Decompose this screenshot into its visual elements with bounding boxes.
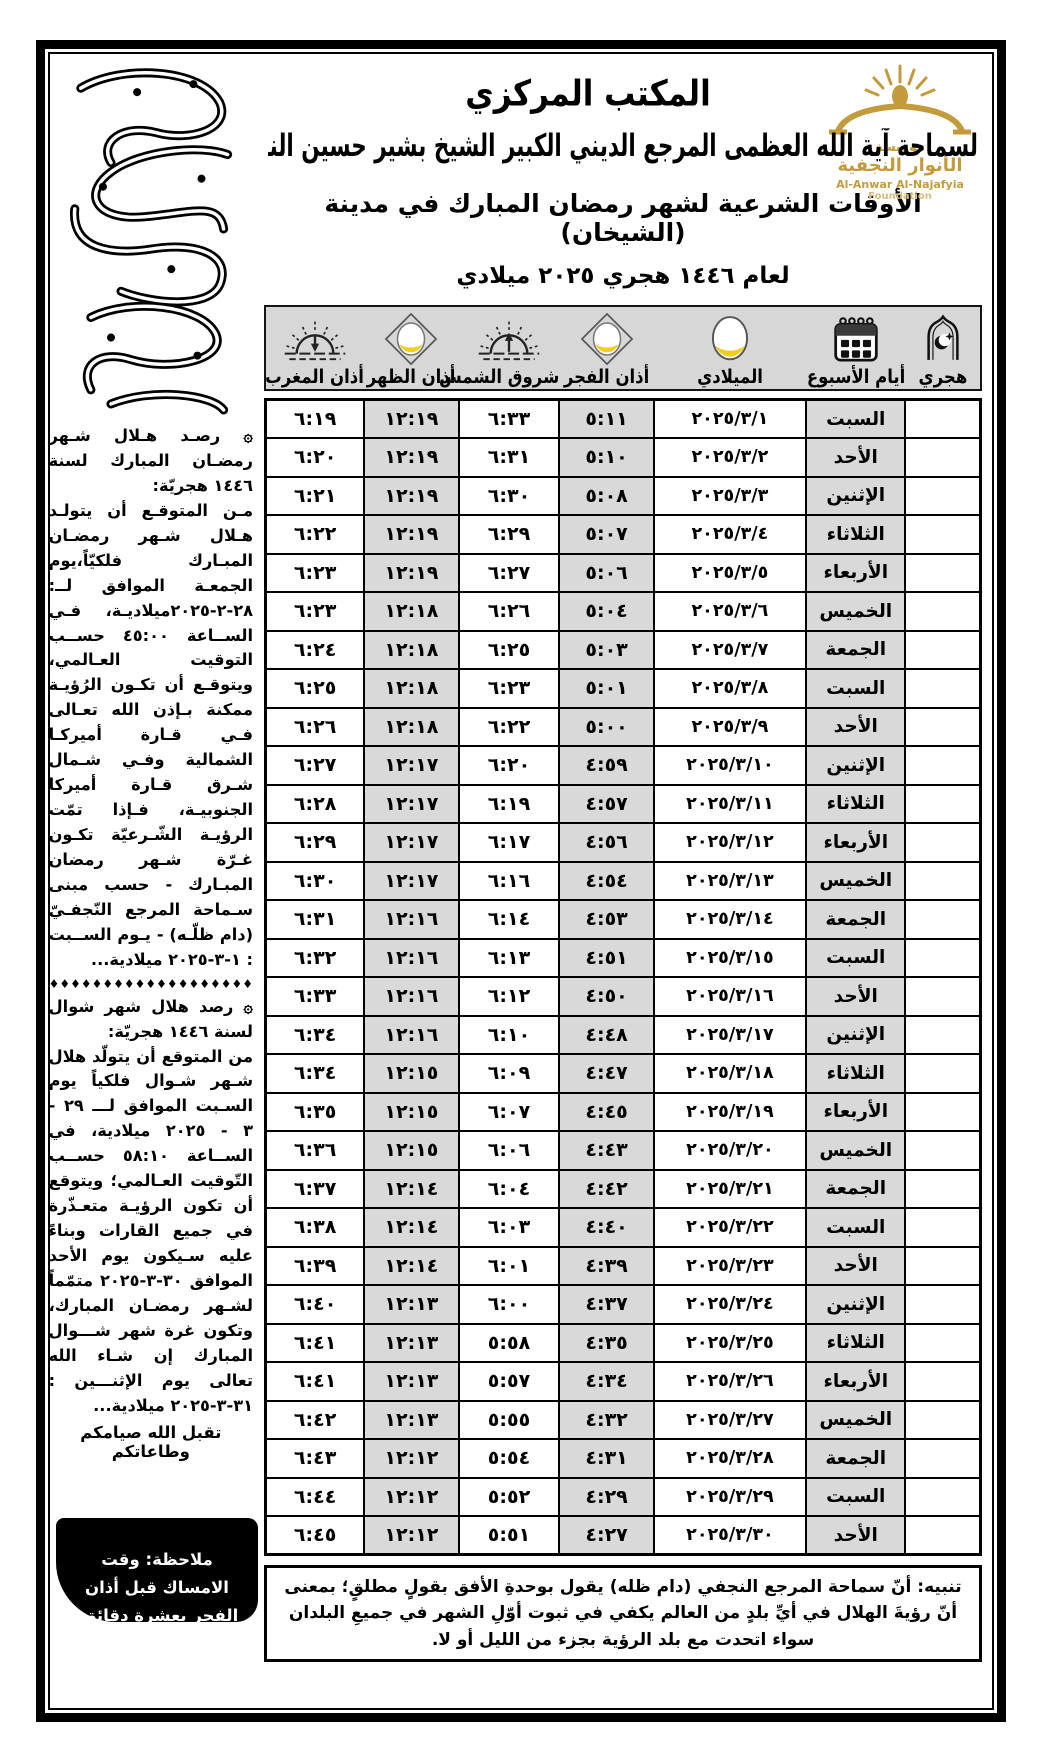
cell-dhuhr: ١٢:١٢ [364,1516,458,1555]
cell-maghrib: ٦:٣٨ [266,1208,365,1247]
cell-sunrise: ٦:٢٦ [459,592,560,631]
cell-weekday: الثلاثاء [806,1054,905,1093]
cell-maghrib: ٦:٤٠ [266,1285,365,1324]
marja-calligraphy-line: لسماحة آية الله العظمى المرجع الديني الك… [268,128,978,164]
cell-gregorian: ٢٠٢٥/٣/١٨ [654,1054,806,1093]
cell-maghrib: ٦:٤١ [266,1362,365,1401]
cell-gregorian: ٢٠٢٥/٣/١٦ [654,977,806,1016]
cell-sunrise: ٦:٢٣ [459,669,560,708]
cell-hijri [905,554,980,593]
cell-weekday: الإثنين [806,477,905,516]
cell-maghrib: ٦:٤٤ [266,1478,365,1517]
cell-fajr: ٤:٣٥ [559,1324,653,1363]
cell-sunrise: ٦:١٣ [459,939,560,978]
cell-dhuhr: ١٢:١٥ [364,1131,458,1170]
cell-dhuhr: ١٢:١٦ [364,977,458,1016]
cell-maghrib: ٦:٣٦ [266,1131,365,1170]
cell-hijri [905,1478,980,1517]
cell-sunrise: ٦:١٦ [459,862,560,901]
cell-weekday: الجمعة [806,631,905,670]
mihrab-crescent-icon [906,311,980,367]
cell-weekday: الأربعاء [806,1093,905,1132]
cell-sunrise: ٦:٠٤ [459,1170,560,1209]
cell-hijri [905,785,980,824]
cell-dhuhr: ١٢:١٨ [364,592,458,631]
cell-maghrib: ٦:٣٥ [266,1093,365,1132]
cell-fajr: ٤:٤٥ [559,1093,653,1132]
cell-maghrib: ٦:٤١ [266,1324,365,1363]
cell-dhuhr: ١٢:١٧ [364,785,458,824]
cell-hijri [905,939,980,978]
cell-dhuhr: ١٢:١٥ [364,1054,458,1093]
sunrise-icon [458,311,559,367]
cell-sunrise: ٦:١٩ [459,785,560,824]
cell-dhuhr: ١٢:١٦ [364,939,458,978]
col-header-fajr: أذان الفجر [559,306,654,390]
cell-maghrib: ٦:٣١ [266,900,365,939]
table-row: الثلاثاء٢٠٢٥/٣/١١٤:٥٧٦:١٩١٢:١٧٦:٢٨ [266,785,981,824]
table-row: الخميس٢٠٢٥/٣/٦٥:٠٤٦:٢٦١٢:١٨٦:٢٣ [266,592,981,631]
cell-hijri [905,1208,980,1247]
cell-dhuhr: ١٢:١٨ [364,669,458,708]
cell-fajr: ٤:٢٩ [559,1478,653,1517]
col-header-hijri: هجري [906,306,981,390]
cell-maghrib: ٦:٢٧ [266,746,365,785]
cell-weekday: الجمعة [806,900,905,939]
cell-maghrib: ٦:٢١ [266,477,365,516]
cell-fajr: ٤:٢٧ [559,1516,653,1555]
cell-sunrise: ٦:٢٥ [459,631,560,670]
cell-fajr: ٤:٣٤ [559,1362,653,1401]
cell-sunrise: ٦:٠٣ [459,1208,560,1247]
cell-sunrise: ٦:٠٠ [459,1285,560,1324]
table-row: الأربعاء٢٠٢٥/٣/١٢٤:٥٦٦:١٧١٢:١٧٦:٢٩ [266,823,981,862]
table-row: الخميس٢٠٢٥/٣/٢٧٤:٣٢٥:٥٥١٢:١٣٦:٤٢ [266,1401,981,1440]
cell-maghrib: ٦:٢٣ [266,592,365,631]
cell-dhuhr: ١٢:١٣ [364,1324,458,1363]
cell-fajr: ٥:٠٣ [559,631,653,670]
cell-dhuhr: ١٢:١٤ [364,1170,458,1209]
cell-dhuhr: ١٢:١٣ [364,1362,458,1401]
cell-sunrise: ٥:٥٢ [459,1478,560,1517]
paragraph-title: رصد هلال شهر شوال لسنة ١٤٤٦ هجريّة: [49,997,253,1041]
cell-sunrise: ٥:٥٧ [459,1362,560,1401]
cell-hijri [905,1324,980,1363]
cell-hijri [905,900,980,939]
cell-hijri [905,1439,980,1478]
cell-weekday: الأربعاء [806,1362,905,1401]
cell-dhuhr: ١٢:١٨ [364,708,458,747]
rosette-bullet-icon: ۞ [244,426,254,445]
cell-hijri [905,1131,980,1170]
cell-maghrib: ٦:٢٢ [266,515,365,554]
cell-maghrib: ٦:٣٢ [266,939,365,978]
col-header-gregorian: الميلادي [654,306,807,390]
logo-org-sub-en: Foundation [814,191,986,202]
cell-gregorian: ٢٠٢٥/٣/١٠ [654,746,806,785]
cell-weekday: الثلاثاء [806,515,905,554]
imsak-note: ملاحظة: وقت الامساك قبل أذان الفجر بعشرة… [56,1518,258,1622]
cell-weekday: الإثنين [806,746,905,785]
cell-fajr: ٥:٠٧ [559,515,653,554]
table-row: الخميس٢٠٢٥/٣/٢٠٤:٤٣٦:٠٦١٢:١٥٦:٣٦ [266,1131,981,1170]
table-row: الأحد٢٠٢٥/٣/١٦٤:٥٠٦:١٢١٢:١٦٦:٣٣ [266,977,981,1016]
cell-fajr: ٤:٥٤ [559,862,653,901]
cell-maghrib: ٦:٤٢ [266,1401,365,1440]
cell-sunrise: ٥:٥٤ [459,1439,560,1478]
cell-sunrise: ٦:٣٠ [459,477,560,516]
table-row: الثلاثاء٢٠٢٥/٣/١٨٤:٤٧٦:٠٩١٢:١٥٦:٣٤ [266,1054,981,1093]
cell-weekday: السبت [806,669,905,708]
table-row: الجمعة٢٠٢٥/٣/٢١٤:٤٢٦:٠٤١٢:١٤٦:٣٧ [266,1170,981,1209]
cell-hijri [905,746,980,785]
cell-sunrise: ٦:٣١ [459,438,560,477]
cell-dhuhr: ١٢:١٧ [364,746,458,785]
cell-weekday: السبت [806,939,905,978]
cell-dhuhr: ١٢:١٩ [364,554,458,593]
cell-gregorian: ٢٠٢٥/٣/١٥ [654,939,806,978]
cell-gregorian: ٢٠٢٥/٣/٦ [654,592,806,631]
table-row: السبت٢٠٢٥/٣/١٥:١١٦:٣٣١٢:١٩٦:١٩ [266,400,981,439]
cell-weekday: الجمعة [806,1439,905,1478]
cell-sunrise: ٦:٠١ [459,1247,560,1286]
cell-dhuhr: ١٢:١٨ [364,631,458,670]
table-row: السبت٢٠٢٥/٣/٢٢٤:٤٠٦:٠٣١٢:١٤٦:٣٨ [266,1208,981,1247]
cell-dhuhr: ١٢:١٢ [364,1439,458,1478]
sun-diamond-icon [364,311,459,367]
cell-fajr: ٤:٤٧ [559,1054,653,1093]
cell-maghrib: ٦:٢٣ [266,554,365,593]
cell-gregorian: ٢٠٢٥/٣/١٧ [654,1016,806,1055]
cell-sunrise: ٦:٢٧ [459,554,560,593]
cell-gregorian: ٢٠٢٥/٣/٢٩ [654,1478,806,1517]
quran-calligraphy-art [49,58,253,420]
cell-gregorian: ٢٠٢٥/٣/١١ [654,785,806,824]
cell-weekday: الإثنين [806,1285,905,1324]
cell-maghrib: ٦:٣٤ [266,1054,365,1093]
cell-gregorian: ٢٠٢٥/٣/٨ [654,669,806,708]
cell-fajr: ٤:٣٩ [559,1247,653,1286]
cell-dhuhr: ١٢:١٤ [364,1247,458,1286]
cell-dhuhr: ١٢:١٧ [364,862,458,901]
closing-blessing: تقبل الله صيامكم وطاعاتكم [49,1423,253,1461]
col-header-weekday: أيام الأسبوع [806,306,906,390]
cell-hijri [905,631,980,670]
cell-weekday: الأحد [806,1247,905,1286]
cell-gregorian: ٢٠٢٥/٣/١٣ [654,862,806,901]
cell-maghrib: ٦:٢٦ [266,708,365,747]
paragraph-title: رصـد هـلال شـهر رمضـان المبارك لسنة ١٤٤٦… [49,426,253,495]
cell-fajr: ٤:٥١ [559,939,653,978]
cell-dhuhr: ١٢:١٣ [364,1285,458,1324]
cell-hijri [905,1401,980,1440]
table-row: الأربعاء٢٠٢٥/٣/٢٦٤:٣٤٥:٥٧١٢:١٣٦:٤١ [266,1362,981,1401]
cell-gregorian: ٢٠٢٥/٣/١٢ [654,823,806,862]
cell-gregorian: ٢٠٢٥/٣/٥ [654,554,806,593]
cell-weekday: الجمعة [806,1170,905,1209]
cell-gregorian: ٢٠٢٥/٣/٢٠ [654,1131,806,1170]
footer-note: تنبيه: أنّ سماحة المرجع النجفي (دام ظله)… [264,1565,982,1662]
cell-gregorian: ٢٠٢٥/٣/١٩ [654,1093,806,1132]
cell-dhuhr: ١٢:١٩ [364,400,458,439]
table-row: الثلاثاء٢٠٢٥/٣/٤٥:٠٧٦:٢٩١٢:١٩٦:٢٢ [266,515,981,554]
paragraph-body: من المتوقع أن يتولّد هلال شـهر شـوال فلك… [49,1045,253,1419]
cell-fajr: ٤:٤٠ [559,1208,653,1247]
table-row: الخميس٢٠٢٥/٣/١٣٤:٥٤٦:١٦١٢:١٧٦:٣٠ [266,862,981,901]
table-row: الأحد٢٠٢٥/٣/٢٣٤:٣٩٦:٠١١٢:١٤٦:٣٩ [266,1247,981,1286]
cell-weekday: الخميس [806,862,905,901]
cell-maghrib: ٦:٢٤ [266,631,365,670]
cell-maghrib: ٦:٣٩ [266,1247,365,1286]
table-row: الأربعاء٢٠٢٥/٣/١٩٤:٤٥٦:٠٧١٢:١٥٦:٣٥ [266,1093,981,1132]
cell-gregorian: ٢٠٢٥/٣/٣٠ [654,1516,806,1555]
cell-sunrise: ٦:٠٩ [459,1054,560,1093]
cell-maghrib: ٦:٢٨ [266,785,365,824]
diamond-separator: ♦♦♦♦♦♦♦♦♦♦♦♦♦♦♦♦♦♦♦ [49,977,253,991]
table-row: الأحد٢٠٢٥/٣/٢٥:١٠٦:٣١١٢:١٩٦:٢٠ [266,438,981,477]
cell-fajr: ٤:٥٩ [559,746,653,785]
cell-gregorian: ٢٠٢٥/٣/٢٢ [654,1208,806,1247]
prayer-times-table: السبت٢٠٢٥/٣/١٥:١١٦:٣٣١٢:١٩٦:١٩الأحد٢٠٢٥/… [264,398,982,1556]
cell-maghrib: ٦:١٩ [266,400,365,439]
table-row: الثلاثاء٢٠٢٥/٣/٢٥٤:٣٥٥:٥٨١٢:١٣٦:٤١ [266,1324,981,1363]
table-row: الإثنين٢٠٢٥/٣/٣٥:٠٨٦:٣٠١٢:١٩٦:٢١ [266,477,981,516]
moon-sighting-paragraph-shawwal: ۞ رصد هلال شهر شوال لسنة ١٤٤٦ هجريّة: من… [49,995,253,1419]
cell-weekday: الخميس [806,1401,905,1440]
table-header-band: هجري [264,305,982,391]
cell-hijri [905,400,980,439]
dome-rays-icon [825,64,975,136]
cell-sunrise: ٦:١٤ [459,900,560,939]
cell-dhuhr: ١٢:١٤ [364,1208,458,1247]
sun-diamond-icon [559,311,654,367]
calendar-icon [806,311,906,367]
table-row: السبت٢٠٢٥/٣/١٥٤:٥١٦:١٣١٢:١٦٦:٣٢ [266,939,981,978]
cell-sunrise: ٦:١٢ [459,977,560,1016]
cell-sunrise: ٥:٥٥ [459,1401,560,1440]
cell-gregorian: ٢٠٢٥/٣/٢٤ [654,1285,806,1324]
cell-fajr: ٥:١٠ [559,438,653,477]
cell-fajr: ٤:٤٢ [559,1170,653,1209]
cell-hijri [905,515,980,554]
cell-dhuhr: ١٢:١٥ [364,1093,458,1132]
cell-weekday: الأربعاء [806,823,905,862]
table-row: الأحد٢٠٢٥/٣/٩٥:٠٠٦:٢٢١٢:١٨٦:٢٦ [266,708,981,747]
cell-fajr: ٥:١١ [559,400,653,439]
cell-hijri [905,1093,980,1132]
cell-weekday: السبت [806,400,905,439]
cell-dhuhr: ١٢:١٩ [364,515,458,554]
cell-fajr: ٤:٥٦ [559,823,653,862]
cell-hijri [905,1016,980,1055]
cell-weekday: الثلاثاء [806,1324,905,1363]
cell-weekday: السبت [806,1478,905,1517]
cell-hijri [905,592,980,631]
cell-dhuhr: ١٢:١٣ [364,1401,458,1440]
cell-fajr: ٤:٤٨ [559,1016,653,1055]
cell-weekday: الإثنين [806,1016,905,1055]
cell-fajr: ٥:٠٦ [559,554,653,593]
cell-dhuhr: ١٢:١٦ [364,1016,458,1055]
cell-fajr: ٤:٣١ [559,1439,653,1478]
cell-maghrib: ٦:٣٣ [266,977,365,1016]
cell-maghrib: ٦:٤٣ [266,1439,365,1478]
cell-gregorian: ٢٠٢٥/٣/٢٧ [654,1401,806,1440]
col-header-sunrise: شروق الشمس [458,306,559,390]
page-subtitle: لعام ١٤٤٦ هجري ٢٠٢٥ ميلادي [264,263,982,289]
cell-fajr: ٤:٥٧ [559,785,653,824]
cell-fajr: ٤:٣٧ [559,1285,653,1324]
cell-hijri [905,669,980,708]
cell-weekday: الخميس [806,1131,905,1170]
cell-maghrib: ٦:٢٥ [266,669,365,708]
cell-sunrise: ٥:٥١ [459,1516,560,1555]
cell-fajr: ٥:٠١ [559,669,653,708]
cell-gregorian: ٢٠٢٥/٣/٢١ [654,1170,806,1209]
cell-sunrise: ٦:١٧ [459,823,560,862]
paragraph-body: مـن المتوقـع أن يتولـد هـلال شـهر رمضـان… [49,499,253,973]
table-row: الأحد٢٠٢٥/٣/٣٠٤:٢٧٥:٥١١٢:١٢٦:٤٥ [266,1516,981,1555]
cell-fajr: ٤:٤٣ [559,1131,653,1170]
logo-org-name-en: Al-Anwar Al-Najafyia [814,178,986,191]
cell-sunrise: ٦:١٠ [459,1016,560,1055]
cell-sunrise: ٦:٢٢ [459,708,560,747]
cell-gregorian: ٢٠٢٥/٣/٢٣ [654,1247,806,1286]
cell-maghrib: ٦:٣٧ [266,1170,365,1209]
cell-sunrise: ٦:٠٧ [459,1093,560,1132]
cell-hijri [905,1054,980,1093]
cell-weekday: السبت [806,1208,905,1247]
table-row: الإثنين٢٠٢٥/٣/١٠٤:٥٩٦:٢٠١٢:١٧٦:٢٧ [266,746,981,785]
cell-gregorian: ٢٠٢٥/٣/٤ [654,515,806,554]
cell-weekday: الأحد [806,977,905,1016]
cell-hijri [905,1516,980,1555]
cell-dhuhr: ١٢:١٦ [364,900,458,939]
moon-sighting-paragraph-ramadan: ۞ رصـد هـلال شـهر رمضـان المبارك لسنة ١٤… [49,424,253,973]
cell-hijri [905,1170,980,1209]
sidebar: ۞ رصـد هـلال شـهر رمضـان المبارك لسنة ١٤… [47,58,260,1704]
cell-hijri [905,977,980,1016]
cell-maghrib: ٦:٤٥ [266,1516,365,1555]
cell-maghrib: ٦:٣٤ [266,1016,365,1055]
cell-hijri [905,1362,980,1401]
cell-dhuhr: ١٢:١٩ [364,477,458,516]
cell-gregorian: ٢٠٢٥/٣/٢٨ [654,1439,806,1478]
cell-sunrise: ٦:٢٩ [459,515,560,554]
cell-fajr: ٥:٠٠ [559,708,653,747]
cell-hijri [905,1247,980,1286]
cell-dhuhr: ١٢:١٧ [364,823,458,862]
cell-hijri [905,862,980,901]
table-row: الجمعة٢٠٢٥/٣/٢٨٤:٣١٥:٥٤١٢:١٢٦:٤٣ [266,1439,981,1478]
cell-gregorian: ٢٠٢٥/٣/٧ [654,631,806,670]
table-row: السبت٢٠٢٥/٣/٨٥:٠١٦:٢٣١٢:١٨٦:٢٥ [266,669,981,708]
cell-dhuhr: ١٢:١٩ [364,438,458,477]
cell-weekday: الأربعاء [806,554,905,593]
full-moon-icon [654,311,807,367]
page-frame: مؤسسة الأنوار النجفية Al-Anwar Al-Najafy… [36,40,1006,1722]
cell-gregorian: ٢٠٢٥/٣/٢٥ [654,1324,806,1363]
main-column: مؤسسة الأنوار النجفية Al-Anwar Al-Najafy… [260,58,986,1704]
page-inner-frame: مؤسسة الأنوار النجفية Al-Anwar Al-Najafy… [48,52,994,1710]
table-row: السبت٢٠٢٥/٣/٢٩٤:٢٩٥:٥٢١٢:١٢٦:٤٤ [266,1478,981,1517]
cell-weekday: الثلاثاء [806,785,905,824]
cell-gregorian: ٢٠٢٥/٣/٣ [654,477,806,516]
table-row: الأربعاء٢٠٢٥/٣/٥٥:٠٦٦:٢٧١٢:١٩٦:٢٣ [266,554,981,593]
table-row: الإثنين٢٠٢٥/٣/٢٤٤:٣٧٦:٠٠١٢:١٣٦:٤٠ [266,1285,981,1324]
cell-fajr: ٤:٣٢ [559,1401,653,1440]
col-header-maghrib: أذان المغرب [265,306,364,390]
cell-gregorian: ٢٠٢٥/٣/١ [654,400,806,439]
sunset-icon [266,311,364,367]
cell-fajr: ٥:٠٨ [559,477,653,516]
cell-sunrise: ٦:٠٦ [459,1131,560,1170]
table-row: الإثنين٢٠٢٥/٣/١٧٤:٤٨٦:١٠١٢:١٦٦:٣٤ [266,1016,981,1055]
cell-maghrib: ٦:٣٠ [266,862,365,901]
cell-sunrise: ٥:٥٨ [459,1324,560,1363]
cell-fajr: ٤:٥٣ [559,900,653,939]
cell-hijri [905,1285,980,1324]
cell-fajr: ٥:٠٤ [559,592,653,631]
cell-maghrib: ٦:٢٩ [266,823,365,862]
rosette-bullet-icon: ۞ [244,997,254,1016]
table-row: الجمعة٢٠٢٥/٣/٧٥:٠٣٦:٢٥١٢:١٨٦:٢٤ [266,631,981,670]
cell-sunrise: ٦:٢٠ [459,746,560,785]
cell-hijri [905,708,980,747]
central-office-calligraphy: المكتب المركزي [344,73,832,114]
cell-weekday: الأحد [806,1516,905,1555]
cell-fajr: ٤:٥٠ [559,977,653,1016]
cell-weekday: الأحد [806,438,905,477]
cell-hijri [905,438,980,477]
cell-hijri [905,823,980,862]
cell-gregorian: ٢٠٢٥/٣/٢٦ [654,1362,806,1401]
cell-gregorian: ٢٠٢٥/٣/٩ [654,708,806,747]
cell-hijri [905,477,980,516]
cell-gregorian: ٢٠٢٥/٣/١٤ [654,900,806,939]
cell-weekday: الأحد [806,708,905,747]
cell-maghrib: ٦:٢٠ [266,438,365,477]
cell-sunrise: ٦:٣٣ [459,400,560,439]
cell-dhuhr: ١٢:١٢ [364,1478,458,1517]
cell-gregorian: ٢٠٢٥/٣/٢ [654,438,806,477]
cell-weekday: الخميس [806,592,905,631]
table-row: الجمعة٢٠٢٥/٣/١٤٤:٥٣٦:١٤١٢:١٦٦:٣١ [266,900,981,939]
col-header-dhuhr: أذان الظهر [364,306,459,390]
